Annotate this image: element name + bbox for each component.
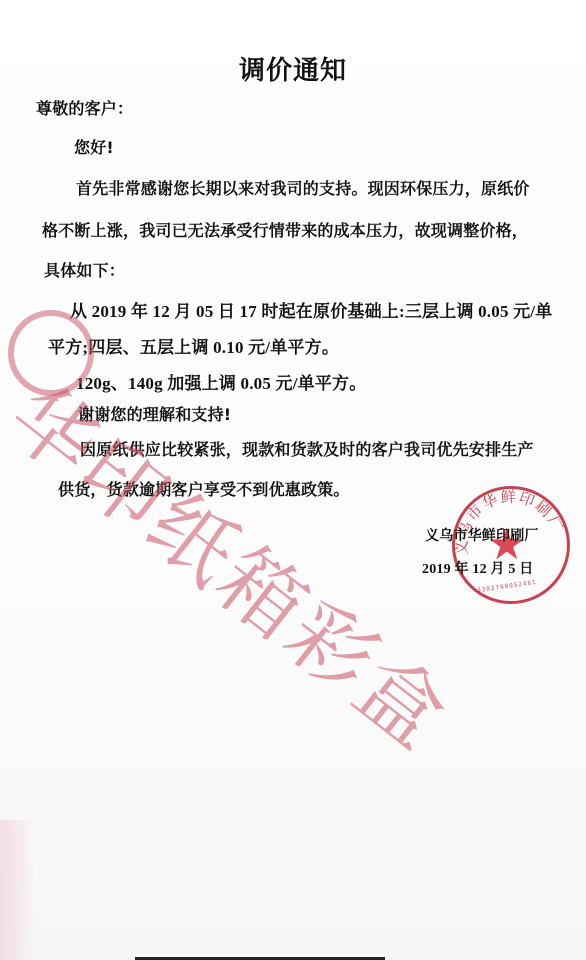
paragraph-5-line-1: 因原纸供应比较紧张，现款和货款及时的客户我司优先安排生产 (80, 437, 534, 460)
paragraph-2-line-1: 从 2019 年 12 月 05 日 17 时起在原价基础上:三层上调 0.05… (70, 297, 552, 322)
signature-date: 2019 年 12 月 5 日 (422, 558, 534, 578)
page-title: 调价通知 (0, 50, 586, 87)
document-page: 调价通知 尊敬的客户： 您好! 首先非常感谢您长期以来对我司的支持。现因环保压力… (0, 0, 586, 960)
paragraph-2-line-2: 平方;四层、五层上调 0.10 元/单平方。 (48, 333, 339, 358)
paragraph-5-line-2: 供货，货款逾期客户享受不到优惠政策。 (58, 477, 350, 500)
paragraph-1-line-3: 具体如下： (44, 258, 125, 281)
greeting: 您好! (74, 135, 114, 158)
paragraph-3: 120g、140g 加强上调 0.05 元/单平方。 (76, 369, 366, 394)
company-seal: 义乌市华鲜印刷厂 ★ 3302780052461 (452, 486, 570, 604)
paragraph-1-line-2: 格不断上涨，我司已无法承受行情带来的成本压力，故现调整价格， (42, 218, 528, 241)
paragraph-4-thanks: 谢谢您的理解和支持! (78, 402, 231, 425)
watermark-text: 华印纸箱彩盒 (0, 352, 478, 772)
signature-company: 义乌市华鲜印刷厂 (425, 525, 539, 545)
paragraph-1-line-1: 首先非常感谢您长期以来对我司的支持。现因环保压力，原纸价 (76, 176, 530, 199)
salutation: 尊敬的客户： (36, 96, 133, 119)
scan-edge-tint (0, 820, 35, 960)
